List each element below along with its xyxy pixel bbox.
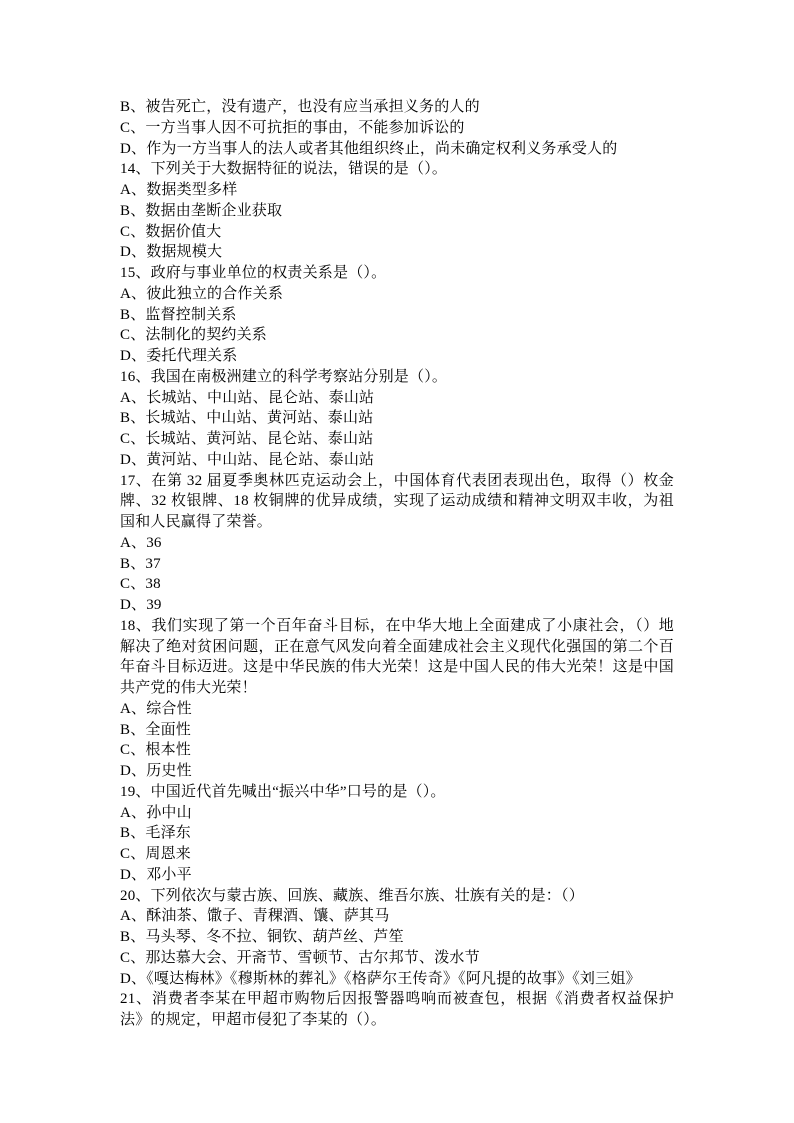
option-17-a: A、36 (120, 533, 674, 554)
option-19-c: C、周恩来 (120, 844, 674, 865)
option-18-c: C、根本性 (120, 740, 674, 761)
document-page: B、被告死亡，没有遗产，也没有应当承担义务的人的 C、一方当事人因不可抗拒的事由… (0, 0, 794, 1123)
option-20-b: B、马头琴、冬不拉、铜钦、葫芦丝、芦笙 (120, 927, 674, 948)
option-19-d: D、邓小平 (120, 865, 674, 886)
question-19: 19、中国近代首先喊出“振兴中华”口号的是（）。 (120, 782, 674, 803)
option-16-c: C、长城站、黄河站、昆仑站、泰山站 (120, 429, 674, 450)
question-20: 20、下列依次与蒙古族、回族、藏族、维吾尔族、壮族有关的是：（） (120, 886, 674, 907)
option-16-d: D、黄河站、中山站、昆仑站、泰山站 (120, 450, 674, 471)
option-prev-d: D、作为一方当事人的法人或者其他组织终止，尚未确定权利义务承受人的 (120, 139, 674, 160)
option-prev-c: C、一方当事人因不可抗拒的事由，不能参加诉讼的 (120, 118, 674, 139)
option-18-d: D、历史性 (120, 761, 674, 782)
option-18-a: A、综合性 (120, 699, 674, 720)
option-15-b: B、监督控制关系 (120, 305, 674, 326)
question-15: 15、政府与事业单位的权责关系是（）。 (120, 263, 674, 284)
option-17-c: C、38 (120, 574, 674, 595)
question-18: 18、我们实现了第一个百年奋斗目标，在中华大地上全面建成了小康社会，（）地解决了… (120, 616, 674, 699)
option-16-a: A、长城站、中山站、昆仑站、泰山站 (120, 388, 674, 409)
option-14-d: D、数据规模大 (120, 242, 674, 263)
option-15-c: C、法制化的契约关系 (120, 325, 674, 346)
option-14-c: C、数据价值大 (120, 222, 674, 243)
option-14-a: A、数据类型多样 (120, 180, 674, 201)
option-20-c: C、那达慕大会、开斋节、雪顿节、古尔邦节、泼水节 (120, 948, 674, 969)
question-16: 16、我国在南极洲建立的科学考察站分别是（）。 (120, 367, 674, 388)
question-17: 17、在第 32 届夏季奥林匹克运动会上，中国体育代表团表现出色，取得（）枚金牌… (120, 471, 674, 533)
option-15-a: A、彼此独立的合作关系 (120, 284, 674, 305)
option-20-d: D、《嘎达梅林》《穆斯林的葬礼》《格萨尔王传奇》《阿凡提的故事》《刘三姐》 (120, 969, 674, 990)
question-21: 21、消费者李某在甲超市购物后因报警器鸣响而被查包，根据《消费者权益保护法》的规… (120, 989, 674, 1031)
document-body: B、被告死亡，没有遗产，也没有应当承担义务的人的 C、一方当事人因不可抗拒的事由… (120, 97, 674, 1031)
option-14-b: B、数据由垄断企业获取 (120, 201, 674, 222)
option-19-a: A、孙中山 (120, 803, 674, 824)
option-17-b: B、37 (120, 554, 674, 575)
option-prev-b: B、被告死亡，没有遗产，也没有应当承担义务的人的 (120, 97, 674, 118)
option-15-d: D、委托代理关系 (120, 346, 674, 367)
option-18-b: B、全面性 (120, 720, 674, 741)
option-20-a: A、酥油茶、馓子、青稞酒、馕、萨其马 (120, 906, 674, 927)
option-16-b: B、长城站、中山站、黄河站、泰山站 (120, 408, 674, 429)
question-14: 14、下列关于大数据特征的说法，错误的是（）。 (120, 159, 674, 180)
option-19-b: B、毛泽东 (120, 823, 674, 844)
option-17-d: D、39 (120, 595, 674, 616)
